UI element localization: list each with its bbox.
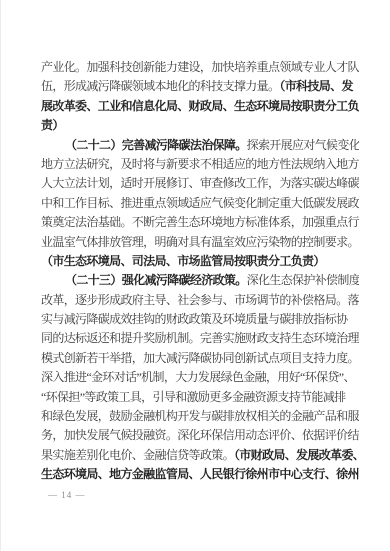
text-line: 同的达标返还和提升奖励机制。完善实施财政支持生态环境治理: [41, 329, 359, 348]
page-number: — 14 —: [48, 490, 86, 501]
text-segment: 策奠定法治基础。不断完善生态环境地方标准体系，加强重点行: [41, 215, 359, 229]
text-line: 深入推进“金环对话”机制，大力发展绿色金融，用好“环保贷”、: [41, 368, 359, 387]
text-segment: 业温室气体排放管理，明确对具有温室效应污染物的控制要求。: [41, 235, 359, 249]
text-line: 务，加快发展气候投融资。深化环保信用动态评价、依据评价结: [41, 426, 359, 445]
text-segment: （二十三）强化减污降碳经济政策。: [65, 273, 247, 287]
text-line: （二十三）强化减污降碳经济政策。深化生态保护补偿制度: [41, 271, 359, 290]
text-segment: 实与减污降碳成效挂钩的财政政策及环境质量与碳排放指标协: [41, 312, 347, 326]
text-line: 实与减污降碳成效挂钩的财政政策及环境质量与碳排放指标协: [41, 310, 359, 329]
text-line: 地方立法研究，及时将与新要求不相适应的地方性法规纳入地方: [41, 155, 359, 174]
text-line: 生态环境局、地方金融监管局、人民银行徐州市中心支行、徐州: [41, 465, 359, 484]
text-segment: 和绿色发展，鼓励金融机构开发与碳排放权相关的金融产品和服: [41, 409, 359, 423]
text-line: “环保担”等政策工具，引导和激励更多金融资源支持节能减排: [41, 388, 359, 407]
text-segment: 改革，逐步形成政府主导、社会参与、市场调节的补偿格局。落: [41, 293, 359, 307]
text-segment: （市生态环境局、司法局、市场监管局按职责分工负责）: [41, 254, 325, 268]
text-segment: 同的达标返还和提升奖励机制。完善实施财政支持生态环境治理: [41, 331, 359, 345]
text-segment: 模式创新若干举措，加大减污降碳协同创新试点项目支持力度。: [41, 351, 359, 365]
text-line: （市生态环境局、司法局、市场监管局按职责分工负责）: [41, 252, 359, 271]
text-segment: 果实施差别化电价、金融信贷等政策。: [41, 448, 234, 462]
text-segment: 产业化。加强科技创新能力建设，加快培养重点领域专业人才队: [41, 60, 359, 74]
text-segment: （二十二）完善减污降碳法治保障。: [65, 138, 247, 152]
text-segment: “环保担”等政策工具，引导和激励更多金融资源支持节能减排: [41, 390, 345, 404]
text-segment: 深化生态保护补偿制度: [247, 273, 359, 287]
text-line: 中和工作目标、推进重点领域适应气候变化制定重大低碳发展政: [41, 194, 359, 213]
text-line: 和绿色发展，鼓励金融机构开发与碳排放权相关的金融产品和服: [41, 407, 359, 426]
text-line: 展改革委、工业和信息化局、财政局、生态环境局按职责分工负: [41, 97, 359, 116]
text-line: 模式创新若干举措，加大减污降碳协同创新试点项目支持力度。: [41, 349, 359, 368]
text-segment: 探索开展应对气候变化: [247, 138, 359, 152]
document-page: 产业化。加强科技创新能力建设，加快培养重点领域专业人才队伍，形成减污降碳领域本地…: [0, 0, 390, 551]
text-line: 改革，逐步形成政府主导、社会参与、市场调节的补偿格局。落: [41, 291, 359, 310]
text-line: 伍，形成减污降碳领域本地化的科技支撑力量。（市科技局、发: [41, 77, 359, 96]
text-segment: 伍，形成减污降碳领域本地化的科技支撑力量。: [41, 79, 279, 93]
text-line: 责）: [41, 116, 359, 135]
text-line: 人大立法计划，适时开展修订、审查修改工作，为落实碳达峰碳: [41, 174, 359, 193]
text-line: 业温室气体排放管理，明确对具有温室效应污染物的控制要求。: [41, 233, 359, 252]
text-segment: 地方立法研究，及时将与新要求不相适应的地方性法规纳入地方: [41, 157, 359, 171]
text-segment: 人大立法计划，适时开展修订、审查修改工作，为落实碳达峰碳: [41, 176, 359, 190]
text-segment: 展改革委、工业和信息化局、财政局、生态环境局按职责分工负: [41, 99, 359, 113]
body-text: 产业化。加强科技创新能力建设，加快培养重点领域专业人才队伍，形成减污降碳领域本地…: [41, 58, 359, 485]
text-line: （二十二）完善减污降碳法治保障。探索开展应对气候变化: [41, 136, 359, 155]
text-line: 产业化。加强科技创新能力建设，加快培养重点领域专业人才队: [41, 58, 359, 77]
text-segment: 务，加快发展气候投融资。深化环保信用动态评价、依据评价结: [41, 428, 359, 442]
text-line: 果实施差别化电价、金融信贷等政策。（市财政局、发展改革委、: [41, 446, 359, 465]
text-segment: （市科技局、发: [279, 79, 352, 93]
text-segment: 生态环境局、地方金融监管局、人民银行徐州市中心支行、徐州: [41, 467, 359, 481]
text-line: 策奠定法治基础。不断完善生态环境地方标准体系，加强重点行: [41, 213, 359, 232]
text-segment: 责）: [41, 118, 64, 132]
text-segment: 中和工作目标、推进重点领域适应气候变化制定重大低碳发展政: [41, 196, 359, 210]
text-segment: （市财政局、发展改革委、: [234, 448, 359, 462]
text-segment: 深入推进“金环对话”机制，大力发展绿色金融，用好“环保贷”、: [41, 370, 355, 384]
